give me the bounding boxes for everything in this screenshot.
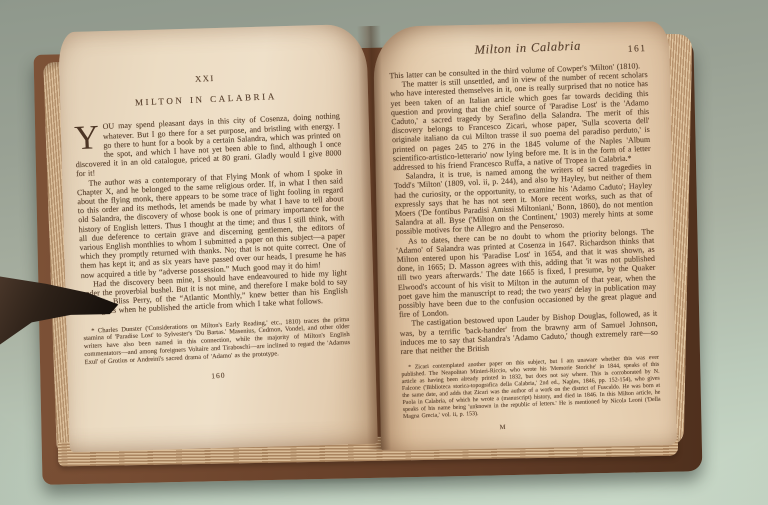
right-page: Milton in Calabria 161 This latter can b… (373, 21, 677, 451)
paragraph: The matter is still unsettled, and in vi… (390, 70, 651, 172)
right-page-number: 161 (628, 45, 647, 55)
chapter-title: MILTON IN CALABRIA (73, 89, 339, 110)
running-header-title: Milton in Calabria (474, 42, 581, 55)
signature-mark: M (499, 417, 661, 433)
paragraph: As to dates, there can be no doubt to wh… (396, 226, 657, 319)
left-page-text: XXI MILTON IN CALABRIA YOU may spend ple… (72, 68, 352, 386)
left-page-footnote: * Charles Dunster ('Considerations on Mi… (83, 316, 350, 367)
photo-of-open-book: XXI MILTON IN CALABRIA YOU may spend ple… (0, 0, 768, 505)
right-page-text: Milton in Calabria 161 This latter can b… (388, 39, 661, 437)
left-page: XXI MILTON IN CALABRIA YOU may spend ple… (58, 24, 378, 452)
paragraph: Salandra, it is true, is named among the… (393, 162, 653, 237)
left-page-number: 160 (85, 365, 351, 386)
drop-cap: Y (74, 122, 104, 153)
right-page-footnote: * Zicari contemplated another paper on t… (401, 355, 661, 421)
chapter-number: XXI (72, 68, 338, 89)
paragraph: The author was a contemporary of that Fl… (76, 167, 346, 280)
